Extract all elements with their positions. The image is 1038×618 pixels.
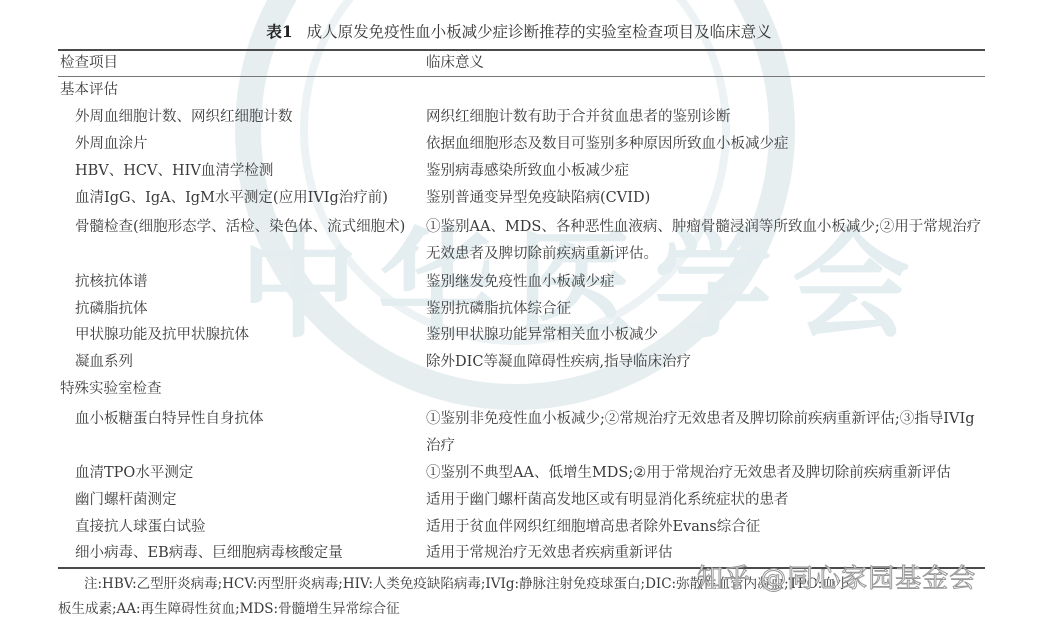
table-row-item: 血清TPO水平测定: [75, 460, 193, 487]
table-row-meaning: 除外DIC等凝血障碍性疾病,指导临床治疗: [426, 349, 986, 376]
table-row-meaning: ①鉴别不典型AA、低增生MDS;②用于常规治疗无效患者及脾切除前疾病重新评估: [426, 460, 986, 487]
table-row-meaning: 依据血细胞形态及数目可鉴别多种原因所致血小板减少症: [426, 131, 986, 158]
table-row-item: 外周血细胞计数、网织红细胞计数: [75, 104, 293, 131]
table-row-item: 甲状腺功能及抗甲状腺抗体: [75, 322, 249, 349]
table-row-meaning: 适用于贫血伴网织红细胞增高患者除外Evans综合征: [426, 514, 986, 541]
table-row-item: 抗磷脂抗体: [75, 296, 148, 323]
section-title-special: 特殊实验室检查: [60, 376, 162, 403]
table-row-meaning: 网织红细胞计数有助于合并贫血患者的鉴别诊断: [426, 104, 986, 131]
table-row-meaning: 鉴别抗磷脂抗体综合征: [426, 296, 986, 323]
table-row-item: 直接抗人球蛋白试验: [75, 514, 206, 541]
table-header-rule: [58, 76, 985, 77]
table-row-meaning: ①鉴别AA、MDS、各种恶性血液病、肿瘤骨髓浸润等所致血小板减少;②用于常规治疗…: [426, 214, 986, 268]
table-row-meaning: ①鉴别非免疫性血小板减少;②常规治疗无效患者及脾切除前疾病重新评估;③指导IVI…: [426, 406, 986, 460]
table-row-meaning: 鉴别病毒感染所致血小板减少症: [426, 158, 986, 185]
table-row-item: 幽门螺杆菌测定: [75, 487, 177, 514]
table-row-meaning: 鉴别甲状腺功能异常相关血小板减少: [426, 322, 986, 349]
table-row-item: 细小病毒、EB病毒、巨细胞病毒核酸定量: [75, 540, 343, 567]
table-title: 成人原发免疫性血小板减少症诊断推荐的实验室检查项目及临床意义: [307, 23, 772, 41]
table-row-item: 外周血涂片: [75, 131, 148, 158]
column-header-meaning: 临床意义: [426, 50, 986, 77]
table-row-item: HBV、HCV、HIV血清学检测: [75, 158, 273, 185]
table-row-meaning: 鉴别继发免疫性血小板减少症: [426, 269, 986, 296]
table-row-item: 骨髓检查(细胞形态学、活检、染色体、流式细胞术): [75, 214, 405, 241]
table-row-item: 血小板糖蛋白特异性自身抗体: [75, 406, 264, 433]
section-title-basic: 基本评估: [60, 77, 118, 104]
column-header-item: 检查项目: [60, 50, 118, 77]
table-caption: 表1成人原发免疫性血小板减少症诊断推荐的实验室检查项目及临床意义: [0, 20, 1038, 42]
table-row-meaning: 适用于幽门螺杆菌高发地区或有明显消化系统症状的患者: [426, 487, 986, 514]
zhihu-watermark: 知乎 @同心家园基金会: [697, 558, 976, 595]
table-row-item: 抗核抗体谱: [75, 269, 148, 296]
table-label: 表1: [266, 22, 292, 41]
table-row-item: 凝血系列: [75, 349, 133, 376]
table-note-line-2: 板生成素;AA:再生障碍性贫血;MDS:骨髓增生异常综合征: [58, 597, 988, 618]
table-row-meaning: 鉴别普通变异型免疫缺陷病(CVID): [426, 185, 986, 212]
table-row-item: 血清IgG、IgA、IgM水平测定(应用IVIg治疗前): [75, 185, 388, 212]
